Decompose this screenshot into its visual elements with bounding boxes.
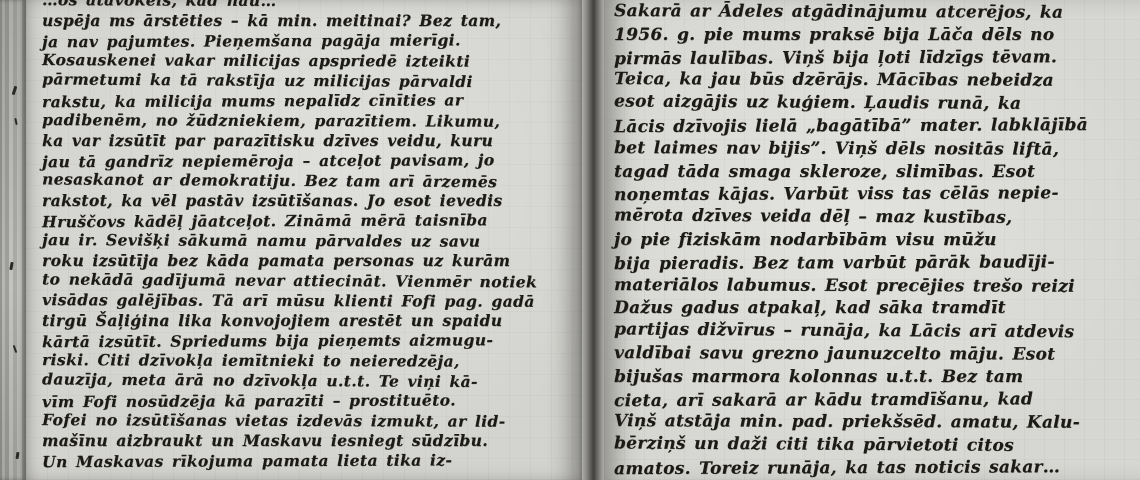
manuscript-line: valdībai savu grezno jaunuzcelto māju. E… [614,342,1140,367]
manuscript-line: jau tā gandrīz nepiemēroja – atceļot pav… [42,150,582,172]
notebook-scan: …os atavokeis, kad nau…uspēja ms ārstēti… [0,0,1140,480]
manuscript-line: esot aizgājis uz kuģiem. Ļaudis runā, ka [614,91,1140,117]
manuscript-line: …os atavokeis, kad nau… [42,0,582,12]
ink-speck [16,452,20,459]
ink-speck [9,262,13,270]
manuscript-line: materiālos labumus. Esot precējies trešo… [614,274,1140,299]
manuscript-line: tirgū Šaļiģina lika konvojojiem arestēt … [42,311,582,331]
manuscript-line: bija pieradis. Bez tam varbūt pārāk baud… [614,251,1140,276]
ink-speck [14,118,17,125]
manuscript-line: mērota dzīves veida dēļ – maz kustības, [614,205,1140,231]
manuscript-line: ka var izsūtīt par parazītisku dzīves ve… [42,131,582,151]
manuscript-line: bet laimes nav bijis”. Viņš dēls nositās… [614,137,1140,162]
manuscript-line: rakstot, ka vēl pastāv izsūtīšanas. Jo e… [42,191,582,211]
manuscript-line: Kosauskenei vakar milicijas apspriedē iz… [42,50,582,72]
manuscript-line: pirmās laulības. Viņš bija ļoti līdzīgs … [614,45,1140,70]
manuscript-line: bijušas marmora kolonnas u.t.t. Bez tam [614,366,1140,389]
manuscript-line: padibenēm, no žūdzniekiem, parazītiem. L… [42,110,582,132]
manuscript-line: rakstu, ka milicija mums nepalīdz cīnīti… [42,90,582,112]
manuscript-line: Hruščovs kādēļ jāatceļot. Zināmā mērā ta… [42,210,582,232]
manuscript-line: mašīnu aizbraukt un Maskavu iesniegt sūd… [42,431,582,451]
manuscript-line: 1956. g. pie mums praksē bija Lāča dēls … [614,24,1140,47]
manuscript-line: dauzīja, meta ārā no dzīvokļa u.t.t. Te … [42,369,582,392]
manuscript-line: tagad tāda smaga skleroze, slimības. Eso… [614,161,1140,184]
manuscript-line: visādas galējības. Tā arī mūsu klienti F… [42,290,582,312]
manuscript-line: partijas dižvīrus – runāja, ka Lācis arī… [614,319,1140,345]
manuscript-line: ja nav pajumtes. Pieņemšana pagāja mierī… [42,30,582,52]
manuscript-line: vīm Fofi nosūdzēja kā parazīti – prostit… [42,390,582,412]
manuscript-line: Fofei no izsūtīšanas vietas izdevās izmu… [42,410,582,432]
manuscript-line: riski. Citi dzīvokļa iemītnieki to neier… [42,350,582,372]
manuscript-line: Un Maskavas rīkojuma pamata lieta tika i… [42,450,582,472]
right-page: Sakarā ar Ādeles atgādinājumu atcerējos,… [604,0,1140,480]
manuscript-line: to nekādā gadījumā nevar attiecināt. Vie… [42,269,582,292]
manuscript-line: Dažus gadus atpakaļ, kad sāka tramdīt [614,297,1140,320]
manuscript-line: roku izsūtīja bez kāda pamata personas u… [42,251,582,271]
left-page-text: …os atavokeis, kad nau…uspēja ms ārstēti… [26,0,582,471]
manuscript-line: cieta, arī sakarā ar kādu tramdīšanu, ka… [614,387,1140,412]
manuscript-line: Lācis dzīvojis lielā „bagātībā” mater. l… [614,114,1140,139]
manuscript-line: pārmetumi ka tā rakstīja uz milicijas pā… [42,69,582,92]
right-page-text: Sakarā ar Ādeles atgādinājumu atcerējos,… [604,1,1140,480]
ink-speck [12,86,18,95]
manuscript-line: jo pie fiziskām nodarbībām visu mūžu [614,229,1140,252]
manuscript-line: amatos. Toreiz runāja, ka tas noticis sa… [614,456,1140,480]
manuscript-line: jau ir. Sevišķi sākumā namu pārvaldes uz… [42,230,582,252]
book-binding-edge [0,0,26,480]
manuscript-line: Sakarā ar Ādeles atgādinājumu atcerējos,… [614,0,1140,25]
manuscript-line: uspēja ms ārstēties – kā min. meitinai? … [42,11,582,31]
manuscript-line: kārtā izsūtīt. Spriedums bija pieņemts a… [42,330,582,352]
left-page: …os atavokeis, kad nau…uspēja ms ārstēti… [26,0,582,480]
manuscript-line: noņemtas kājas. Varbūt viss tas cēlās ne… [614,182,1140,207]
manuscript-line: Teica, ka jau būs dzērājs. Mācības nebei… [614,68,1140,93]
ink-speck [13,345,18,353]
manuscript-line: Viņš atstāja min. pad. priekšsēd. amatu,… [614,410,1140,435]
manuscript-line: nesaskanot ar demokratiju. Bez tam arī ā… [42,169,582,192]
manuscript-line: bērziņš un daži citi tika pārvietoti cit… [614,433,1140,459]
